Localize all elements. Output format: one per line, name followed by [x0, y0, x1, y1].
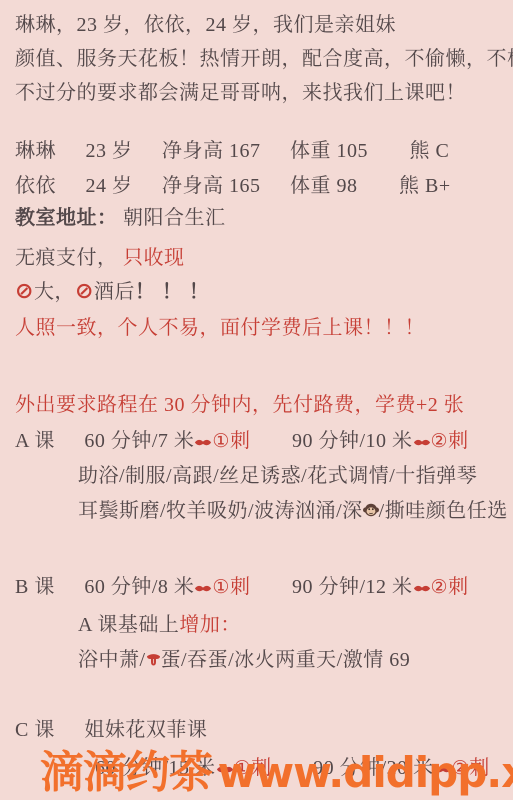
intro-line-2: 颜值、服务天花板！热情开朗，配合度高，不偷懒，不机车， — [15, 47, 513, 71]
lips-icon — [194, 583, 212, 594]
course-a-option2-addon-num: ② — [431, 430, 449, 452]
course-b-line: B 课 60 分钟/8 米①刺 90 分钟/12 米②刺 — [15, 575, 469, 599]
payment-cash-only: 只收现 — [123, 247, 185, 269]
lips-icon — [194, 437, 212, 448]
course-b-option2-price: 90 分钟/12 米 — [292, 576, 413, 598]
course-b-option1-addon: 刺 — [230, 576, 251, 598]
profile-row: 琳琳 23 岁 净身高 167 体重 105 熊 C — [15, 139, 449, 163]
payment-line: 无痕支付， 只收现 — [15, 246, 185, 270]
course-a-line: A 课 60 分钟/7 米①刺 90 分钟/10 米②刺 — [15, 429, 469, 453]
profile-name: 琳琳 — [15, 140, 56, 162]
course-a-option1-price: 60 分钟/7 米 — [84, 430, 194, 452]
profile-age: 24 岁 — [86, 175, 133, 197]
lips-icon — [413, 437, 431, 448]
profile-cup: 熊 C — [410, 140, 450, 162]
course-a-services-2-post: /撕哇颜色任选 — [379, 500, 508, 522]
course-b-option2-addon: 刺 — [448, 576, 469, 598]
watermark-url: www.didipp.xyz — [218, 748, 513, 797]
course-a-services-1: 助浴/制服/高跟/丝足诱惑/花式调情/十指弹琴 — [78, 464, 477, 488]
course-a-option1-addon: 刺 — [230, 430, 251, 452]
watermark: 滴滴约茶 www.didipp.xyz — [40, 736, 513, 800]
address-line: 教室地址： 朝阳合生汇 — [15, 206, 226, 230]
ban-exclaim: ！！！ — [135, 281, 216, 303]
ban-item-1: 大， — [34, 281, 75, 303]
course-b-services-post: 蛋/吞蛋/冰火两重天/激情 69 — [161, 649, 411, 671]
address-value: 朝阳合生汇 — [123, 207, 226, 229]
intro-line-1: 琳琳，23 岁，依依，24 岁，我们是亲姐妹 — [15, 13, 396, 37]
profile-cup: 熊 B+ — [399, 175, 451, 197]
profile-name: 依依 — [15, 175, 56, 197]
profile-weight: 体重 105 — [290, 140, 368, 162]
profile-age: 23 岁 — [86, 140, 133, 162]
tongue-icon — [146, 653, 161, 667]
watermark-brand: 滴滴约茶 — [40, 747, 212, 798]
course-b-base-note: A 课基础上增加： — [78, 613, 241, 637]
course-b-services: 浴中萧/蛋/吞蛋/冰火两重天/激情 69 — [78, 648, 410, 672]
lips-icon — [413, 583, 431, 594]
course-b-services-pre: 浴中萧/ — [78, 649, 146, 671]
course-b-option1-price: 60 分钟/8 米 — [84, 576, 194, 598]
course-b-option1-addon-num: ① — [212, 576, 230, 598]
course-a-services-2: 耳鬓斯磨/牧羊吸奶/波涛汹涌/深/撕哇颜色任选 — [78, 499, 508, 523]
outcall-rule-line: 外出要求路程在 30 分钟内，先付路费，学费+2 张 — [15, 393, 464, 417]
course-a-label: A 课 — [15, 430, 55, 452]
warning-line: 人照一致，个人不易，面付学费后上课！！！ — [15, 316, 425, 340]
course-a-option2-price: 90 分钟/10 米 — [292, 430, 413, 452]
course-b-option2-addon-num: ② — [431, 576, 449, 598]
course-a-services-2-pre: 耳鬓斯磨/牧羊吸奶/波涛汹涌/深 — [78, 500, 363, 522]
course-b-base-note-red: 增加： — [179, 614, 241, 636]
prohibition-line: ⊘大，⊘酒后！！！ — [15, 280, 216, 304]
course-a-option2-addon: 刺 — [448, 430, 469, 452]
monkey-icon — [363, 502, 379, 518]
payment-text: 无痕支付， — [15, 247, 118, 269]
course-a-option1-addon-num: ① — [212, 430, 230, 452]
course-b-label: B 课 — [15, 576, 55, 598]
no-entry-icon: ⊘ — [75, 279, 94, 304]
profile-height: 净身高 165 — [162, 175, 261, 197]
profile-row: 依依 24 岁 净身高 165 体重 98 熊 B+ — [15, 174, 451, 198]
no-entry-icon: ⊘ — [15, 279, 34, 304]
intro-line-3: 不过分的要求都会满足哥哥呐，来找我们上课吧！ — [15, 81, 466, 105]
profile-weight: 体重 98 — [290, 175, 358, 197]
address-label: 教室地址： — [15, 207, 118, 229]
course-b-base-note-dark: A 课基础上 — [78, 614, 179, 636]
ban-item-2: 酒后 — [94, 281, 135, 303]
profile-height: 净身高 167 — [162, 140, 261, 162]
